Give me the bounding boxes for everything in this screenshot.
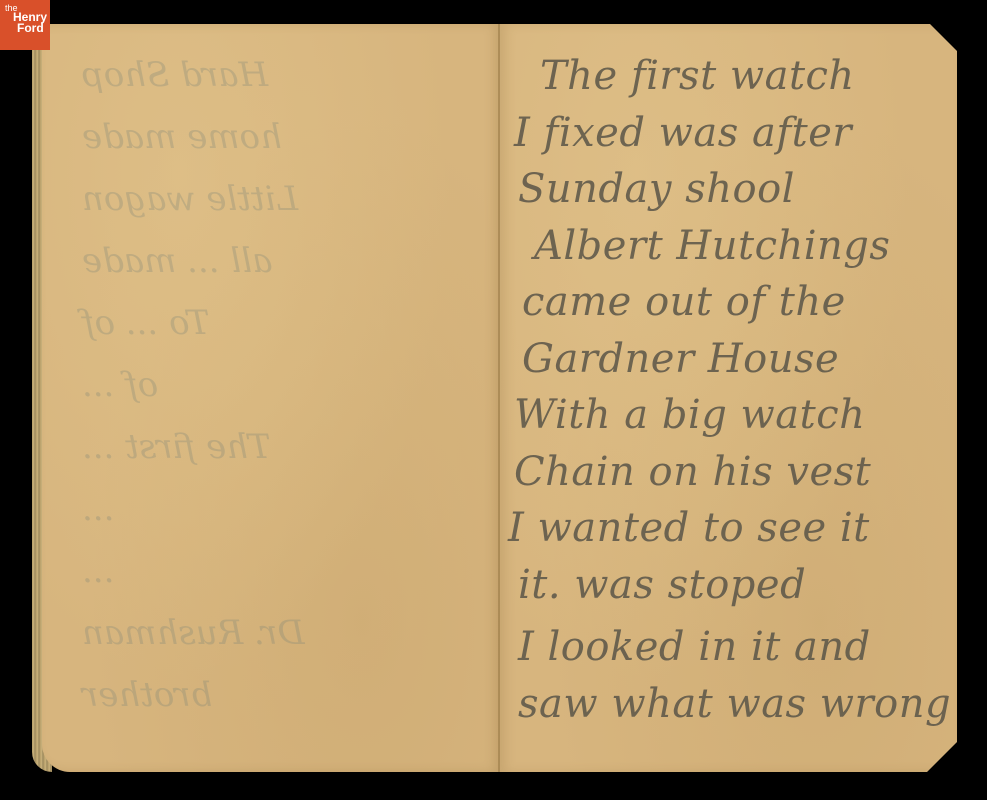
show-through-text: Hard Shop home made Little wagon all ...… (82, 44, 482, 726)
handwritten-line: Sunday shool (518, 161, 954, 218)
notebook-spread: Hard Shop home made Little wagon all ...… (32, 24, 957, 772)
handwritten-line: Albert Hutchings (534, 218, 954, 275)
ghost-line: Dr. Rushman (82, 602, 482, 664)
handwritten-line: I wanted to see it (508, 500, 954, 557)
handwritten-line: saw what was wrong (518, 676, 954, 733)
ghost-line: home made (82, 106, 482, 168)
handwritten-line: Gardner House (522, 331, 954, 388)
ghost-line: all ... made (82, 230, 482, 292)
handwritten-line: The first watch (540, 48, 954, 105)
notebook-gutter (498, 24, 500, 772)
left-page: Hard Shop home made Little wagon all ...… (42, 24, 500, 772)
handwritten-line: it. was stoped (518, 557, 954, 614)
henry-ford-logo: the Henry Ford (0, 0, 50, 50)
ghost-line: ... (82, 540, 482, 602)
ghost-line: brother (82, 664, 482, 726)
ghost-line: Hard Shop (82, 44, 482, 106)
right-page: The first watch I fixed was after Sunday… (500, 24, 957, 772)
ghost-line: ... (82, 478, 482, 540)
handwritten-line: With a big watch (514, 387, 954, 444)
handwritten-line: I fixed was after (514, 105, 954, 162)
ghost-line: To ... of (82, 292, 482, 354)
ghost-line: of ... (82, 354, 482, 416)
handwritten-line: I looked in it and (518, 619, 954, 676)
handwritten-line: Chain on his vest (514, 444, 954, 501)
ghost-line: The first ... (82, 416, 482, 478)
handwritten-line: came out of the (522, 274, 954, 331)
handwritten-text: The first watch I fixed was after Sunday… (514, 48, 954, 732)
ghost-line: Little wagon (82, 168, 482, 230)
